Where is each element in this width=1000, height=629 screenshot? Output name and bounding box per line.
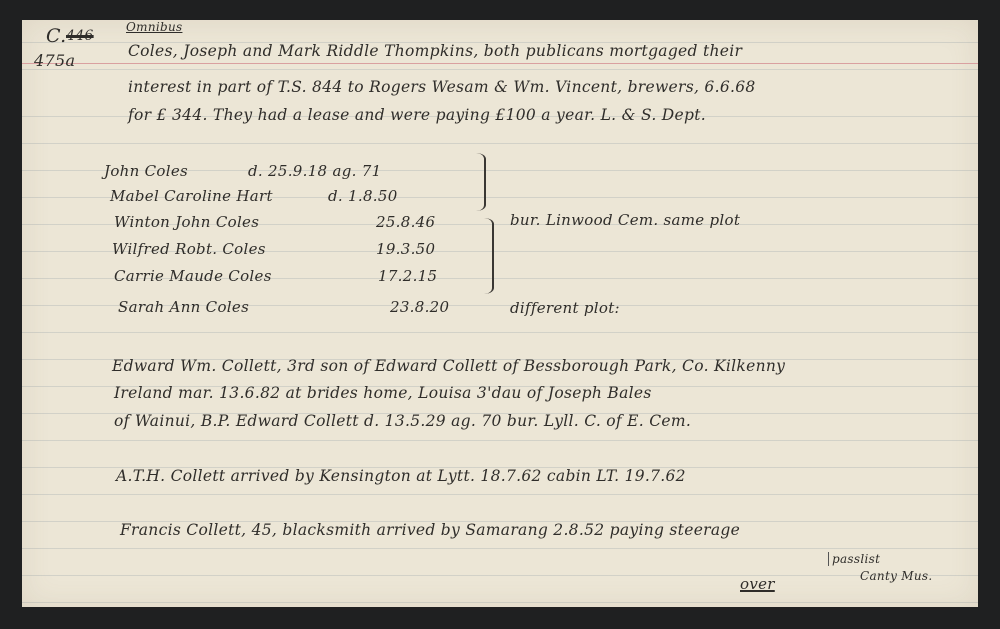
burial-name: John Coles bbox=[104, 162, 188, 180]
card-reference-prefix: C. bbox=[46, 25, 67, 47]
card-heading: Omnibus bbox=[126, 20, 182, 34]
collett-line-2: Ireland mar. 13.6.82 at brides home, Lou… bbox=[114, 384, 652, 402]
different-plot-note: different plot: bbox=[510, 299, 620, 317]
burial-date: 19.3.50 bbox=[376, 240, 435, 258]
over-indicator: over bbox=[740, 575, 775, 593]
bracket-note: bur. Linwood Cem. same plot bbox=[510, 211, 740, 229]
burial-name: Sarah Ann Coles bbox=[118, 298, 249, 316]
intro-line-3: for £ 344. They had a lease and were pay… bbox=[128, 106, 706, 124]
side-note-passlist: passlist bbox=[828, 552, 880, 566]
red-header-rule bbox=[22, 63, 978, 64]
card-reference-number: 475a bbox=[34, 51, 75, 70]
burial-name: Carrie Maude Coles bbox=[114, 267, 272, 285]
burial-name: Winton John Coles bbox=[114, 213, 259, 231]
burial-date: 17.2.15 bbox=[378, 267, 437, 285]
burial-name: Mabel Caroline Hart bbox=[110, 187, 273, 205]
burial-detail: d. 1.8.50 bbox=[328, 187, 398, 205]
burial-date: 25.8.46 bbox=[376, 213, 435, 231]
index-card: C. 446 475a Omnibus Coles, Joseph and Ma… bbox=[22, 20, 978, 607]
card-reference-struck-number: 446 bbox=[66, 28, 94, 44]
collett-line-3: of Wainui, B.P. Edward Collett d. 13.5.2… bbox=[114, 412, 691, 430]
burial-detail: d. 25.9.18 ag. 71 bbox=[248, 162, 381, 180]
intro-line-2: interest in part of T.S. 844 to Rogers W… bbox=[128, 78, 756, 96]
burial-date: 23.8.20 bbox=[390, 298, 449, 316]
collett-line-1: Edward Wm. Collett, 3rd son of Edward Co… bbox=[112, 357, 785, 375]
grouping-bracket bbox=[474, 153, 486, 211]
side-note-museum: Canty Mus. bbox=[860, 569, 932, 583]
francis-collett-line: Francis Collett, 45, blacksmith arrived … bbox=[120, 521, 740, 539]
intro-line-1: Coles, Joseph and Mark Riddle Thompkins,… bbox=[128, 42, 742, 60]
ath-collett-line: A.T.H. Collett arrived by Kensington at … bbox=[116, 467, 686, 485]
burial-name: Wilfred Robt. Coles bbox=[112, 240, 266, 258]
grouping-bracket bbox=[482, 218, 494, 294]
